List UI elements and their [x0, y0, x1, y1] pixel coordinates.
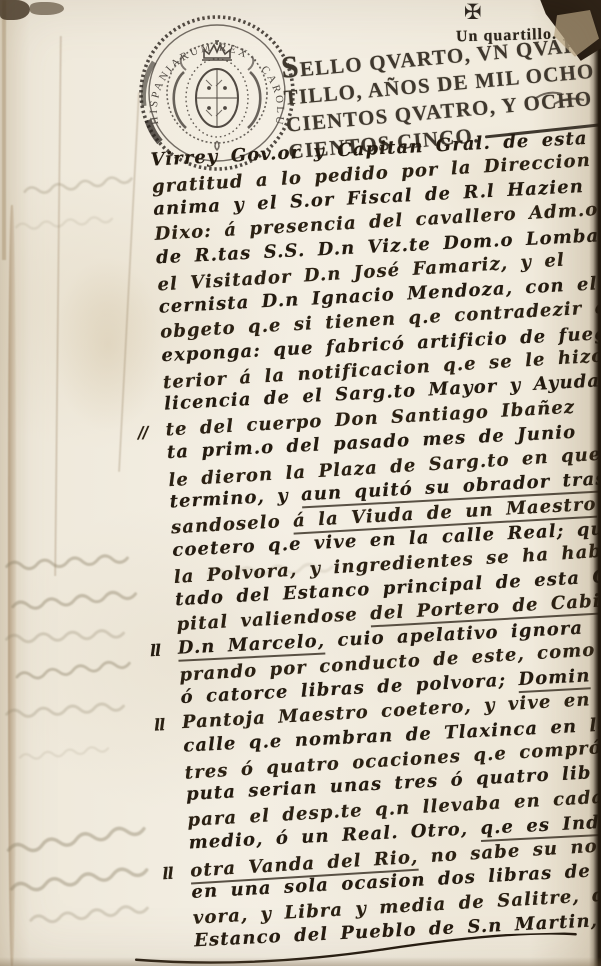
bleed-through	[27, 898, 150, 929]
bleed-through	[7, 583, 140, 615]
text-segment: termino, y	[169, 485, 302, 513]
paper-crease	[54, 36, 62, 576]
bleed-through	[21, 169, 134, 199]
bleed-through	[0, 816, 153, 860]
bleed-through	[7, 858, 150, 898]
edge-debris	[0, 0, 30, 20]
page-edge-shadow	[0, 957, 601, 966]
paper-crease	[2, 0, 6, 260]
coat-of-arms	[174, 56, 261, 150]
page-edge-shadow	[589, 0, 601, 966]
bleed-through	[4, 696, 127, 722]
paper-stain	[48, 250, 168, 440]
margin-mark: ll	[162, 861, 174, 886]
margin-mark: ll	[149, 638, 160, 663]
bleed-through	[17, 739, 110, 765]
bleed-through	[4, 623, 127, 647]
edge-debris	[30, 2, 64, 15]
bleed-through	[13, 210, 114, 235]
cross-potent-icon: ✠	[464, 0, 482, 24]
bleed-through	[4, 548, 131, 575]
bleed-through	[13, 653, 132, 685]
manuscript-body: Virrey Gov.or y Capitan Gral. de esta Ci…	[150, 124, 601, 955]
scanned-document-page: HISPANIARUM REX · CAROLUS IV· D· G· ✠ Un…	[0, 0, 601, 966]
margin-mark: ll	[153, 713, 165, 738]
margin-mark: //	[137, 420, 148, 445]
